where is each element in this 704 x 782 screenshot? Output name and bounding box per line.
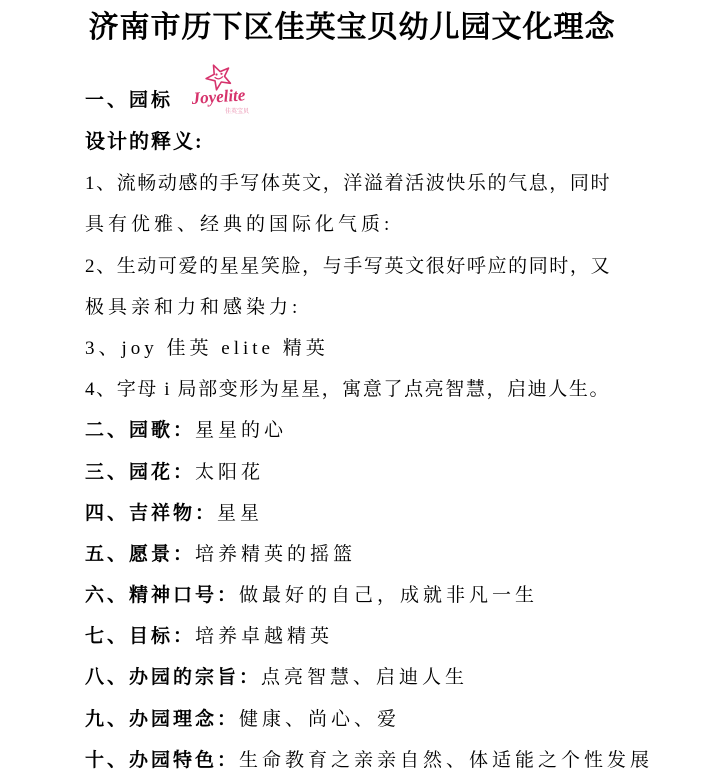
item-value: 做最好的自己，成就非凡一生 bbox=[239, 585, 538, 606]
item-label: 八、办园的宗旨： bbox=[85, 667, 261, 688]
kindergarten-logo: Joyelite 佳英宝贝 bbox=[191, 62, 269, 116]
list-item-flower: 三、园花：太阳花 bbox=[85, 452, 620, 493]
item-value: 培养精英的摇篮 bbox=[195, 544, 356, 565]
paragraph-1-line-2: 具有优雅、经典的国际化气质: bbox=[85, 204, 620, 245]
list-item-song: 二、园歌：星星的心 bbox=[85, 410, 620, 451]
item-value: 星星 bbox=[217, 503, 263, 524]
item-label: 四、吉祥物： bbox=[85, 503, 217, 524]
section-1-heading: 一、园标 bbox=[85, 90, 173, 111]
item-value: 点亮智慧、启迪人生 bbox=[261, 667, 468, 688]
item-label: 五、愿景： bbox=[85, 544, 195, 565]
item-label: 十、办园特色： bbox=[85, 750, 239, 771]
item-label: 六、精神口号： bbox=[85, 585, 239, 606]
item-value: 生命教育之亲亲自然、体适能之个性发展 bbox=[239, 750, 653, 771]
item-value: 培养卓越精英 bbox=[195, 626, 333, 647]
item-value: 星星的心 bbox=[195, 420, 287, 441]
item-value: 健康、尚心、爱 bbox=[239, 709, 400, 730]
list-item-mascot: 四、吉祥物：星星 bbox=[85, 493, 620, 534]
paragraph-2-line-1: 2、生动可爱的星星笑脸，与手写英文很好呼应的同时，又 bbox=[85, 246, 620, 287]
document-body: 设计的释义: 1、流畅动感的手写体英文，洋溢着活波快乐的气息，同时 具有优雅、经… bbox=[85, 122, 620, 781]
item-label: 九、办园理念： bbox=[85, 709, 239, 730]
design-meaning-heading: 设计的释义: bbox=[85, 122, 620, 163]
paragraph-1-line-1: 1、流畅动感的手写体英文，洋溢着活波快乐的气息，同时 bbox=[85, 163, 620, 204]
item-label: 七、目标： bbox=[85, 626, 195, 647]
list-item-slogan: 六、精神口号：做最好的自己，成就非凡一生 bbox=[85, 575, 620, 616]
section-1-row: 一、园标 Joyelite 佳英宝贝 bbox=[85, 80, 704, 122]
logo-caption-text: 佳英宝贝 bbox=[225, 107, 249, 115]
paragraph-4: 4、字母 i 局部变形为星星，寓意了点亮智慧，启迪人生。 bbox=[85, 369, 620, 410]
list-item-purpose: 八、办园的宗旨：点亮智慧、启迪人生 bbox=[85, 657, 620, 698]
list-item-vision: 五、愿景：培养精英的摇篮 bbox=[85, 534, 620, 575]
list-item-feature: 十、办园特色：生命教育之亲亲自然、体适能之个性发展 bbox=[85, 740, 620, 781]
logo-brand-text: Joyelite bbox=[191, 85, 246, 108]
document-page: 济南市历下区佳英宝贝幼儿园文化理念 一、园标 Joyelite 佳英宝贝 设计的… bbox=[0, 0, 704, 782]
item-label: 三、园花： bbox=[85, 462, 195, 483]
document-title: 济南市历下区佳英宝贝幼儿园文化理念 bbox=[0, 0, 704, 46]
list-item-philosophy: 九、办园理念：健康、尚心、爱 bbox=[85, 699, 620, 740]
item-label: 二、园歌： bbox=[85, 420, 195, 441]
item-value: 太阳花 bbox=[195, 462, 264, 483]
list-item-goal: 七、目标：培养卓越精英 bbox=[85, 616, 620, 657]
paragraph-2-line-2: 极具亲和力和感染力: bbox=[85, 287, 620, 328]
paragraph-3: 3、joy 佳英 elite 精英 bbox=[85, 328, 620, 369]
